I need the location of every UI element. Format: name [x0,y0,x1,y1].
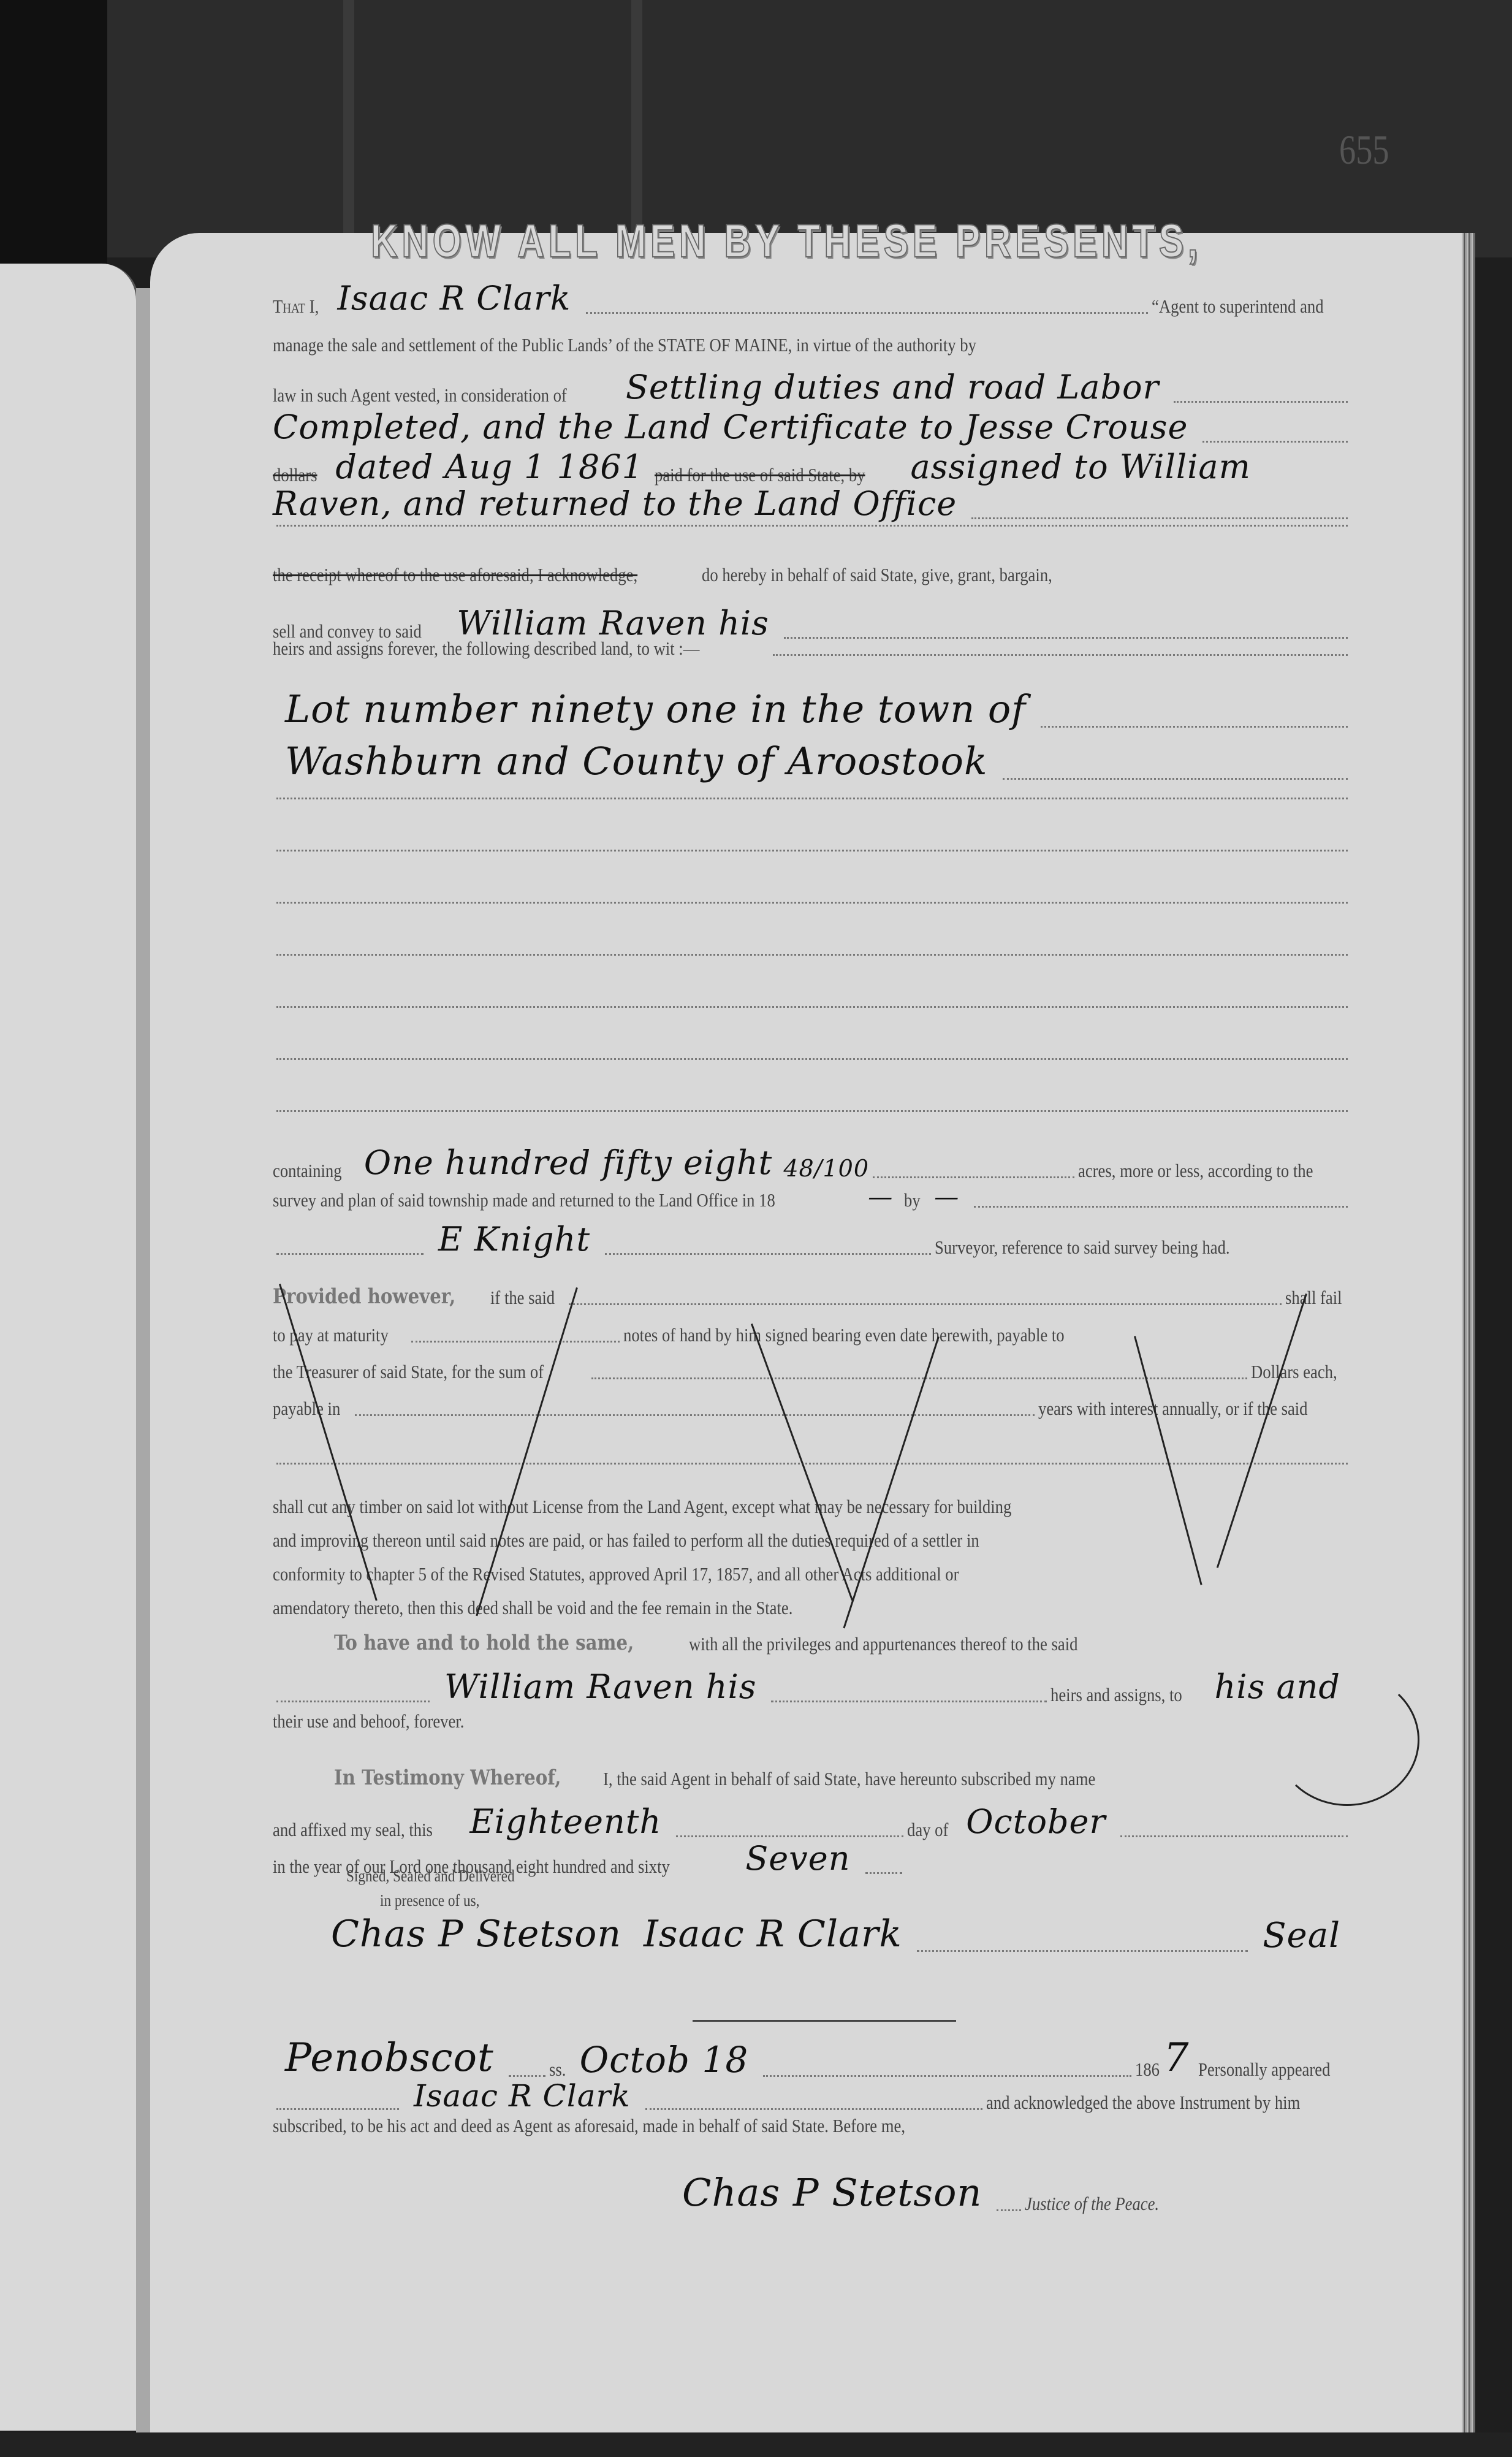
proviso-line-1: Provided however, if the said shall fail [273,1284,1351,1309]
justice-title: Justice of the Peace. [1025,2193,1159,2215]
acres-fraction: 48/100 [783,1155,869,1182]
day-handwritten: Eighteenth [469,1802,661,1841]
fill-line [276,953,1348,956]
containing-label: containing [273,1160,342,1182]
privileges-text: with all the privileges and appurtenance… [689,1633,1077,1655]
fill-line [591,1377,1247,1379]
fill-line [509,2074,545,2077]
opening-line-4: Completed, and the Land Certificate to J… [273,408,1351,446]
page-stack-edge [1462,233,1475,2434]
opening-line-2: manage the sale and settlement of the Pu… [273,334,1351,356]
fill-line [276,1252,424,1255]
by-label: by [904,1189,921,1211]
dollars-struck-text: dollars [273,464,317,486]
dollars-each-text: Dollars each, [1251,1361,1337,1383]
fill-line [411,1340,620,1343]
name-handwritten: Isaac R Clark [414,2078,631,2114]
provided-however-label: Provided however, [273,1284,455,1309]
fill-line [586,311,1148,314]
fill-line [569,1303,1282,1305]
county-handwritten: Penobscot [285,2035,494,2081]
agent-signature: Isaac R Clark [644,1913,902,1956]
opening-line-3: law in such Agent vested, in considerati… [273,368,1351,406]
survey-year-blank: — [868,1183,893,1211]
if-said-text: if the said [490,1287,555,1309]
fill-line [276,901,1348,904]
fill-line [773,653,1348,656]
fill-line [276,797,1348,799]
timber-text: shall cut any timber on said lot without… [273,1496,1011,1518]
acknowledgment-line-1: Penobscot ss. Octob 18 186 7 Personally … [273,2035,1351,2081]
grantee-handwritten-2: William Raven his [444,1667,756,1706]
proviso-line-2: to pay at maturity notes of hand by him … [273,1324,1351,1346]
testimony-line-1: In Testimony Whereof, I, the said Agent … [273,1766,1351,1790]
to-pay-text: to pay at maturity [273,1324,389,1346]
fill-line [1174,400,1348,403]
blank-line [273,901,1351,907]
background-strip [631,0,642,245]
ss-label: ss. [549,2059,566,2081]
signed-sealed-line: Signed, Sealed and Delivered [273,1867,1351,1886]
signature-line: Chas P Stetson Isaac R Clark Seal [273,1913,1351,1956]
amendatory-text: amendatory thereto, then this deed shall… [273,1597,792,1619]
fill-line [276,524,1348,527]
acknowledged-text: and acknowledged the above Instrument by… [986,2092,1300,2114]
blank-line [273,1005,1351,1011]
fill-line [276,1700,430,1702]
fill-line [997,2209,1021,2211]
fill-line [276,1462,1348,1465]
heirs-text: heirs and assigns forever, the following… [273,638,699,660]
opening-line-5: dollars dated Aug 1 1861 paid for the us… [273,448,1351,486]
grant-line-3: heirs and assigns forever, the following… [273,638,1351,660]
fill-line [676,1835,903,1837]
acreage-line-1: containing One hundred fifty eight 48/10… [273,1143,1351,1182]
fill-line [917,1949,1248,1952]
consideration-handwritten-3: dated Aug 1 1861 [335,448,644,486]
blank-line [273,1462,1351,1468]
justice-signature: Chas P Stetson [682,2170,982,2215]
justice-line: Chas P Stetson Justice of the Peace. [273,2170,1351,2215]
fill-line [276,849,1348,851]
acres-text: acres, more or less, according to the [1078,1160,1313,1182]
shall-fail-text: shall fail [1285,1287,1342,1309]
signed-sealed-text: Signed, Sealed and Delivered [346,1867,515,1886]
proviso-line-3: the Treasurer of said State, for the sum… [273,1361,1351,1383]
surveyor-name-handwritten: E Knight [438,1220,590,1259]
agent-name-handwritten: Isaac R Clark [338,279,571,318]
fill-line [771,1700,1046,1702]
proviso-line-7: conformity to chapter 5 of the Revised S… [273,1563,1351,1585]
month-handwritten: October [966,1802,1106,1841]
agent-title-text: “Agent to superintend and [1152,295,1324,318]
in-testimony-label: In Testimony Whereof, [334,1766,561,1790]
heirs-assigns-text: heirs and assigns, to [1050,1684,1182,1706]
acres-handwritten: One hundred fifty eight [364,1143,772,1182]
section-divider [693,2020,956,2022]
date-handwritten: Octob 18 [580,2039,749,2081]
acknowledgment-line-2: Isaac R Clark and acknowledged the above… [273,2078,1351,2114]
that-i-label: That I, [273,295,319,318]
consideration-handwritten-5: Raven, and returned to the Land Office [273,484,957,523]
acknowledgment-line-3: subscribed, to be his act and deed as Ag… [273,2115,1351,2137]
public-lands-text: manage the sale and settlement of the Pu… [273,334,976,356]
testimony-line-2: and affixed my seal, this Eighteenth day… [273,1802,1351,1841]
proviso-line-4: payable in years with interest annually,… [273,1398,1351,1420]
fill-line [763,2074,1131,2077]
consideration-label: law in such Agent vested, in considerati… [273,384,567,406]
consideration-handwritten-4: assigned to William [910,448,1250,486]
land-line-1: Lot number ninety one in the town of [273,687,1351,731]
background-shadow [0,0,107,264]
fill-line [276,1057,1348,1060]
fill-line [355,1414,1035,1416]
receipt-struck-text: the receipt whereof to the use aforesaid… [273,564,637,586]
land-description-1: Lot number ninety one in the town of [285,687,1026,731]
fill-line [1041,725,1348,728]
grantee-handwritten: William Raven his [457,604,769,642]
fill-line [971,517,1348,519]
fill-line [276,1110,1348,1112]
affixed-text: and affixed my seal, this [273,1819,433,1841]
year-digit-handwritten: 7 [1164,2035,1190,2081]
use-behoof-text: their use and behoof, forever. [273,1710,464,1732]
surveyor-text: Surveyor, reference to said survey being… [935,1236,1230,1259]
background-strip [343,0,354,245]
seal-handwritten: Seal [1263,1916,1340,1956]
fill-line [276,2108,399,2110]
testimony-text: I, the said Agent in behalf of said Stat… [603,1768,1095,1790]
fill-line [1003,777,1348,780]
habendum-line-1: To have and to hold the same, with all t… [273,1631,1351,1655]
acreage-line-2: survey and plan of said township made an… [273,1183,1351,1211]
payable-in-text: payable in [273,1398,340,1420]
survey-text: survey and plan of said township made an… [273,1189,775,1211]
fill-line [1120,1835,1348,1837]
grant-line-2: sell and convey to said William Raven hi… [273,604,1351,642]
year-print: 186 [1135,2059,1160,2081]
to-have-label: To have and to hold the same, [334,1631,634,1655]
acreage-line-3: E Knight Surveyor, reference to said sur… [273,1220,1351,1259]
fill-line [1202,440,1348,443]
blank-line [273,797,1351,803]
day-of-text: day of [907,1819,948,1841]
habendum-line-2: William Raven his heirs and assigns, to … [273,1667,1351,1706]
surveyor-blank: — [934,1183,959,1211]
grant-text: do hereby in behalf of said State, give,… [702,564,1052,586]
in-presence-text: in presence of us, [380,1891,479,1910]
page-number: 655 [1339,126,1389,174]
conformity-text: conformity to chapter 5 of the Revised S… [273,1563,959,1585]
fill-line [276,1005,1348,1008]
opening-line-6: Raven, and returned to the Land Office [273,484,1351,523]
in-presence-line: in presence of us, [273,1891,1351,1910]
paid-struck-text: paid for the use of said State, by [655,464,865,486]
blank-line [273,1057,1351,1064]
fill-line [873,1176,1074,1178]
fill-line [605,1252,931,1255]
grant-line-1: the receipt whereof to the use aforesaid… [273,564,1351,586]
consideration-handwritten-1: Settling duties and road Labor [626,368,1159,406]
proviso-line-8: amendatory thereto, then this deed shall… [273,1597,1351,1619]
land-line-2: Washburn and County of Aroostook [273,739,1351,783]
subscribed-text: subscribed, to be his act and deed as Ag… [273,2115,905,2137]
proviso-line-5: shall cut any timber on said lot without… [273,1496,1351,1518]
fill-line [974,1205,1348,1208]
treasurer-text: the Treasurer of said State, for the sum… [273,1361,544,1383]
consideration-handwritten-2: Completed, and the Land Certificate to J… [273,408,1188,446]
opening-line-1: That I, Isaac R Clark “Agent to superint… [273,279,1351,318]
blank-line [273,849,1351,855]
fill-line [645,2108,983,2110]
personally-appeared-text: Personally appeared [1198,2059,1330,2081]
left-page-edge [0,264,139,2431]
blank-line [273,953,1351,959]
blank-line [273,1110,1351,1116]
blank-line [273,524,1351,530]
page-heading: KNOW ALL MEN BY THESE PRESENTS, [371,215,1202,268]
notes-text: notes of hand by him signed bearing even… [623,1324,1065,1346]
background-bottom [0,2432,1512,2457]
habendum-line-3: their use and behoof, forever. [273,1710,1351,1732]
witness-signature: Chas P Stetson [331,1913,621,1956]
land-description-2: Washburn and County of Aroostook [285,739,988,783]
